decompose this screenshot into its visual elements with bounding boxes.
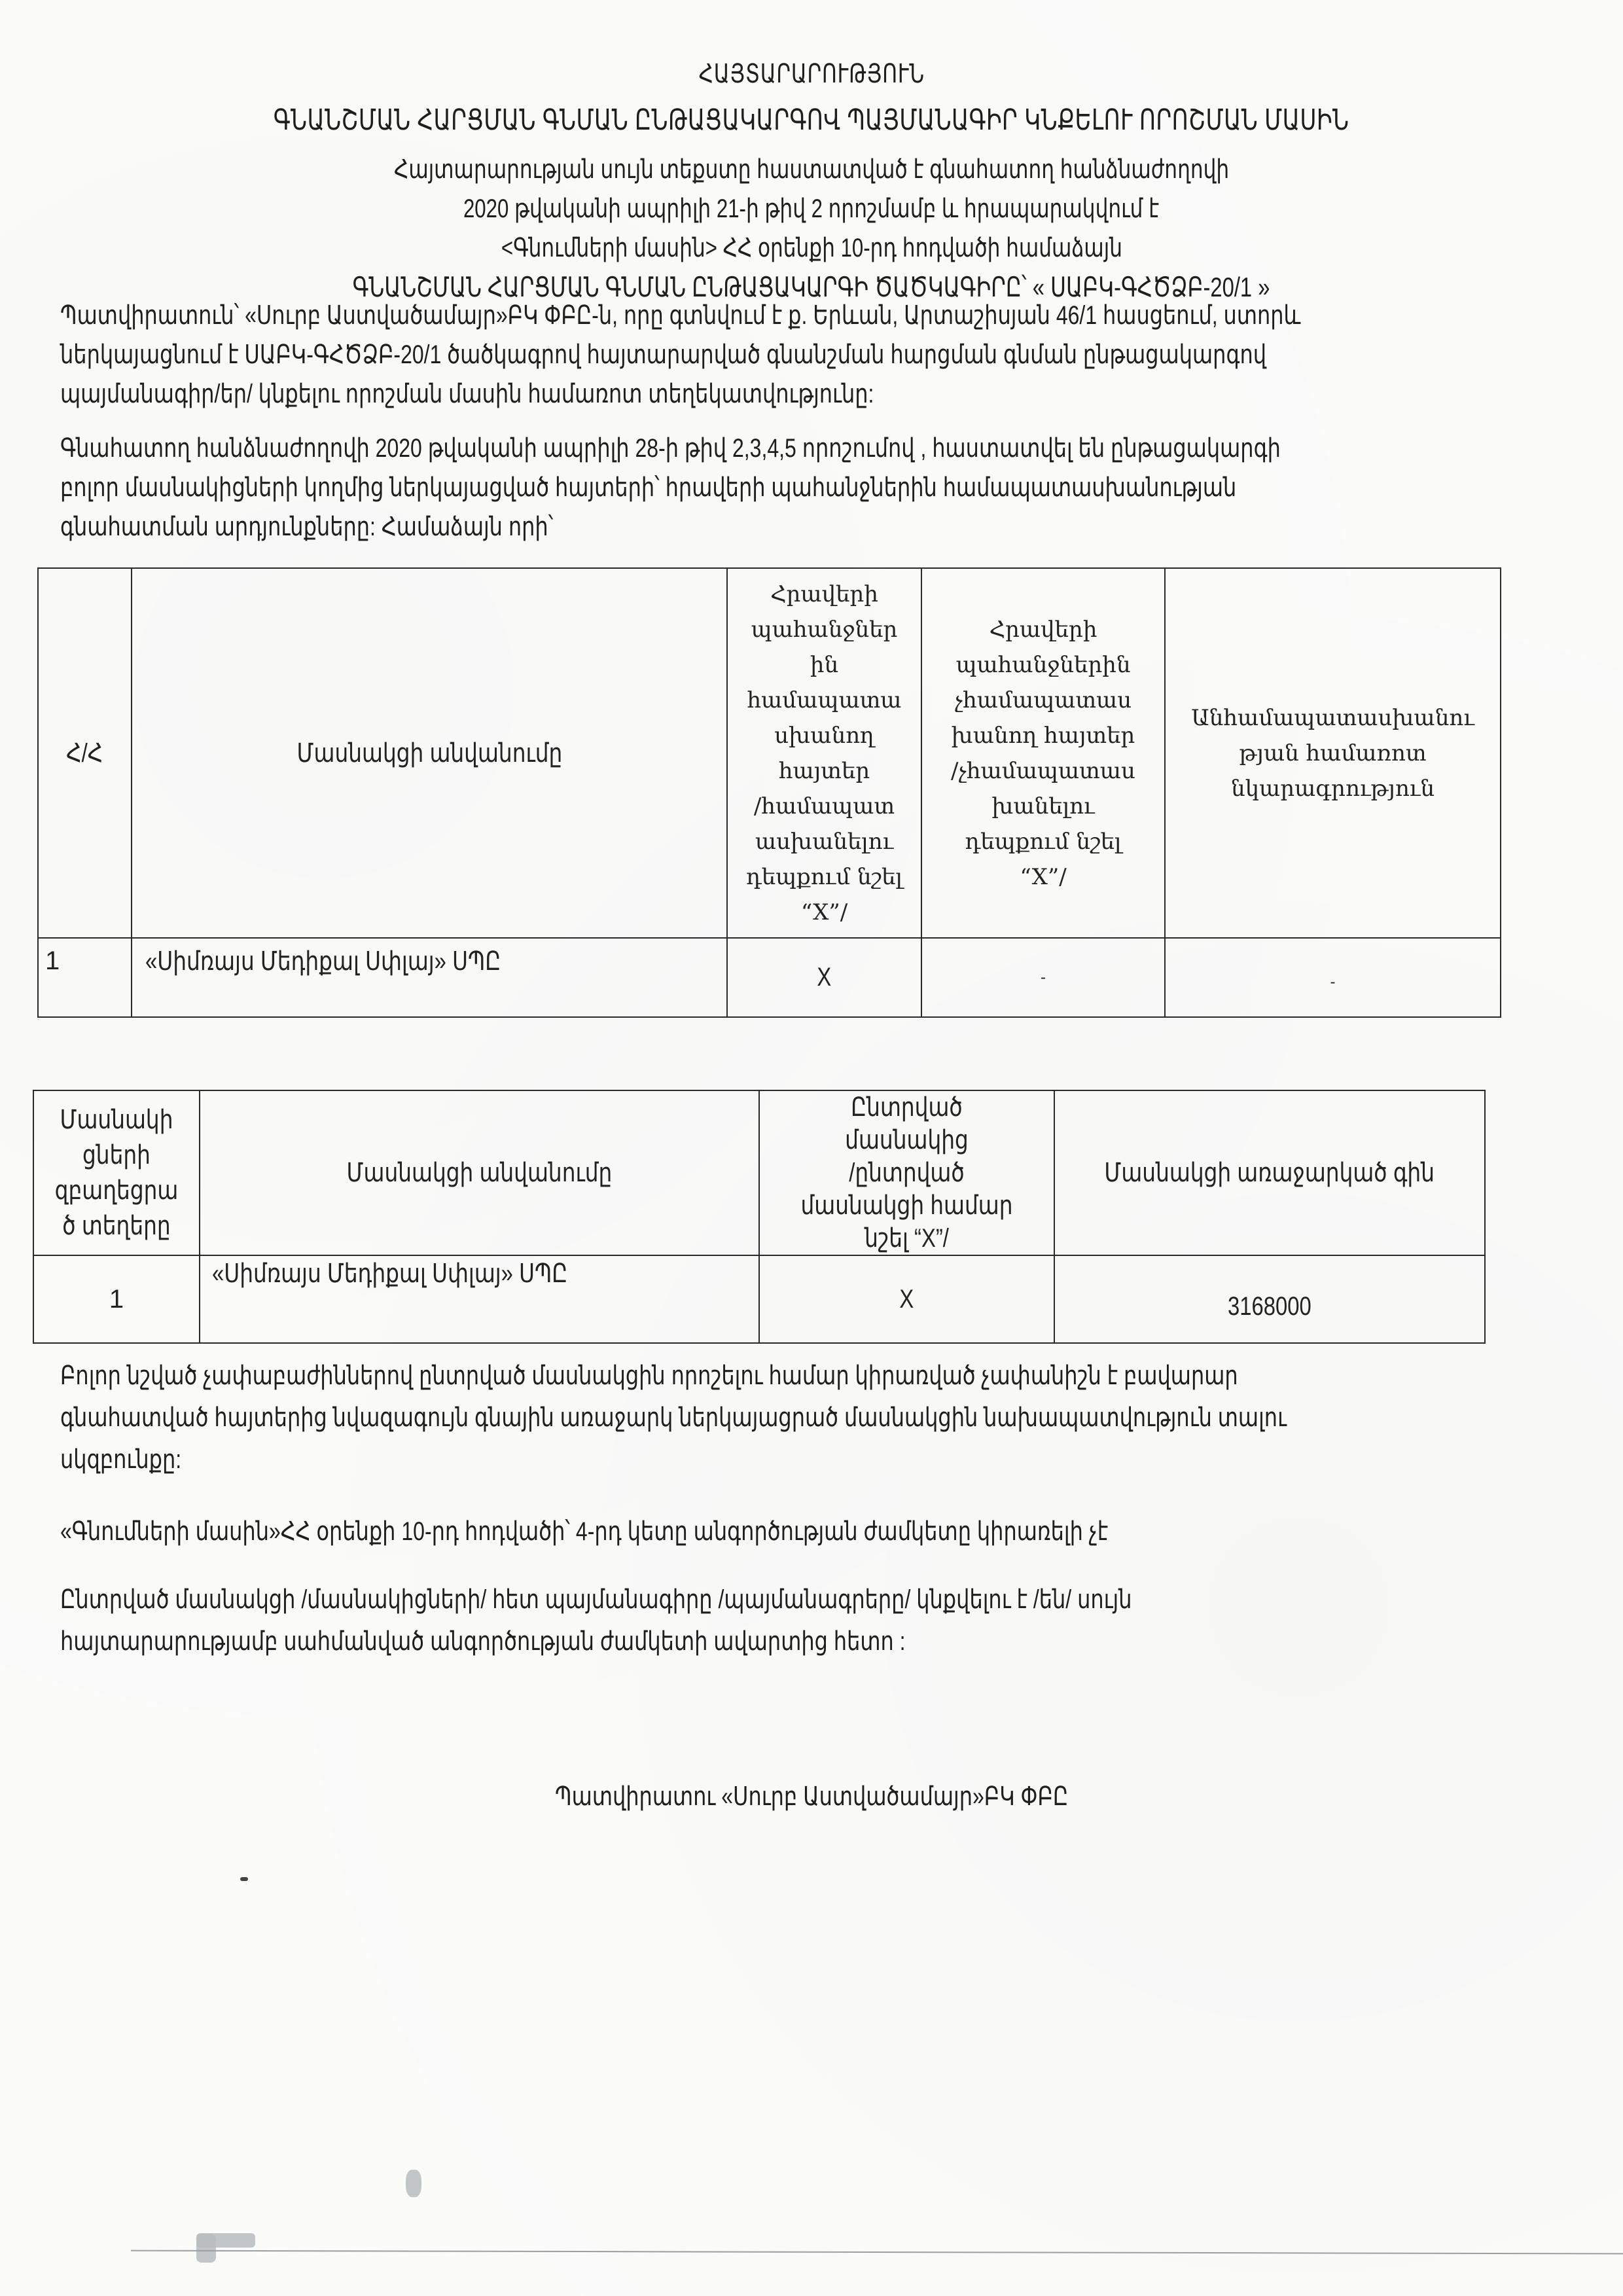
row-price: 3168000 — [1054, 1255, 1485, 1343]
intro-p1-line: ներկայացնում է ՍԱԲԿ-ԳՀԾՁԲ-20/1 ծածկագրով… — [60, 335, 1212, 374]
approval-line-2: 2020 թվականի ապրիլի 21-ի թիվ 2 որոշմամբ … — [0, 194, 1623, 224]
ranking-table: Մասնակիցներիզբաղեցրած տեղերը Մասնակցի ան… — [33, 1090, 1486, 1344]
intro-p2-line: բոլոր մասնակիցների կողմից ներկայացված հա… — [60, 468, 1212, 507]
row-participant-text: «Սիմռայս Մեդիքալ Սփլայ» ՍՊԸ — [212, 1259, 567, 1289]
header-line: ին — [728, 647, 921, 683]
header-line: “X”/ — [922, 859, 1164, 895]
document-subtitle-text: ԳՆԱՆՇՄԱՆ ՀԱՐՑՄԱՆ ԳՆՄԱՆ ԸՆԹԱՑԱԿԱՐԳՈՎ ՊԱՅՄ… — [274, 103, 1349, 137]
row-non-compliant-mark: - — [1041, 969, 1046, 986]
standstill-note-text: «Գնումների մասին»ՀՀ օրենքի 10-րդ հոդվածի… — [60, 1512, 1212, 1551]
header-line: նշել “X”/ — [786, 1222, 1027, 1255]
scan-smudge — [196, 2234, 216, 2263]
row-participant: «Սիմռայս Մեդիքալ Սփլայ» ՍՊԸ — [132, 938, 727, 1017]
row-participant-text: «Սիմռայս Մեդիքալ Սփլայ» ՍՊԸ — [145, 946, 501, 977]
header-line: Մասնակի — [49, 1102, 185, 1138]
header-line: դեպքում նշել — [922, 824, 1164, 859]
row-price-text: 3168000 — [1228, 1292, 1311, 1321]
document-title-text: ՀԱՅՏԱՐԱՐՈՒԹՅՈՒՆ — [698, 59, 924, 89]
header-line: պահանջներ — [728, 612, 921, 647]
signature-line: Պատվիրատու «Սուրբ Աստվածամայր»ԲԿ ՓԲԸ — [0, 1782, 1623, 1812]
header-line: Անհամապատասխանու — [1166, 700, 1500, 736]
row-non-compliant: - — [921, 938, 1165, 1017]
header-line: հայտեր — [728, 753, 921, 789]
header-compliant-lines: Հրավերիպահանջներինհամապատասխանողհայտեր/հ… — [728, 577, 921, 930]
header-line: մասնակցի համար — [786, 1189, 1027, 1222]
row-place-text: 1 — [109, 1285, 124, 1314]
criteria-line: գնահատված հայտերից նվազագույն գնային առա… — [60, 1397, 1212, 1439]
criteria-line: Բոլոր նշված չափաբաժիններով ընտրված մասնա… — [60, 1355, 1212, 1397]
approval-line-3: <Գնումների մասին> ՀՀ օրենքի 10-րդ հոդված… — [0, 233, 1623, 263]
intro-paragraph-2: Գնահատող հանձնաժողովի 2020 թվականի ապրիլ… — [60, 429, 1500, 547]
row-compliant: X — [727, 938, 921, 1017]
row-description-text: - — [1330, 973, 1336, 991]
header-participant-name: Մասնակցի անվանումը — [200, 1090, 759, 1255]
intro-p1-line: Պատվիրատուն՝ «Սուրբ Աստվածամայր»ԲԿ ՓԲԸ-ն… — [60, 296, 1212, 335]
standstill-note: «Գնումների մասին»ՀՀ օրենքի 10-րդ հոդվածի… — [60, 1512, 1500, 1551]
header-place: Մասնակիցներիզբաղեցրած տեղերը — [33, 1090, 200, 1255]
header-line: Հրավերի — [922, 612, 1164, 647]
approval-line-1-text: Հայտարարության սույն տեքստը հաստատված է … — [394, 154, 1229, 185]
row-description: - — [1165, 938, 1501, 1017]
compliance-table-header: Հ/Հ Մասնակցի անվանումը Հրավերիպահանջների… — [38, 568, 1501, 938]
header-line: /ընտրված — [786, 1157, 1027, 1189]
header-line: /համապատ — [728, 789, 921, 824]
scan-speck — [240, 1877, 248, 1881]
intro-p2-line: Գնահատող հանձնաժողովի 2020 թվականի ապրիլ… — [60, 429, 1212, 468]
header-participant-name: Մասնակցի անվանումը — [132, 568, 727, 938]
row-participant: «Սիմռայս Մեդիքալ Սփլայ» ՍՊԸ — [200, 1255, 759, 1343]
intro-p1-line: պայմանագիր/եր/ կնքելու որոշման մասին համ… — [60, 374, 1212, 414]
header-line: զբաղեցրա — [49, 1173, 185, 1208]
row-selected-mark: X — [900, 1285, 914, 1314]
header-line: պահանջներին — [922, 647, 1164, 683]
row-number: 1 — [38, 938, 132, 1017]
criteria-line: սկզբունքը: — [60, 1439, 1212, 1480]
header-line: խանելու — [922, 789, 1164, 824]
ranking-table-header: Մասնակիցներիզբաղեցրած տեղերը Մասնակցի ան… — [33, 1090, 1485, 1255]
header-selected: Ընտրված մասնակից/ընտրվածմասնակցի համարնշ… — [759, 1090, 1054, 1255]
contract-paragraph: Ընտրված մասնակցի /մասնակիցների/ հետ պայմ… — [60, 1579, 1500, 1662]
approval-line-1: Հայտարարության սույն տեքստը հաստատված է … — [0, 154, 1623, 185]
document-subtitle: ԳՆԱՆՇՄԱՆ ՀԱՐՑՄԱՆ ԳՆՄԱՆ ԸՆԹԱՑԱԿԱՐԳՈՎ ՊԱՅՄ… — [0, 103, 1623, 137]
header-line: խանող հայտեր — [922, 718, 1164, 753]
header-line: չհամապատաս — [922, 683, 1164, 718]
header-line: ցների — [49, 1138, 185, 1173]
approval-line-3-text: <Գնումների մասին> ՀՀ օրենքի 10-րդ հոդված… — [501, 233, 1122, 263]
header-price: Մասնակցի առաջարկած գին — [1054, 1090, 1485, 1255]
header-line: նկարագրություն — [1166, 771, 1500, 806]
row-number-text: 1 — [45, 946, 60, 975]
header-price-text: Մասնակցի առաջարկած գին — [1105, 1158, 1435, 1188]
signature-text: Պատվիրատու «Սուրբ Աստվածամայր»ԲԿ ՓԲԸ — [555, 1782, 1068, 1812]
header-line: համապատա — [728, 683, 921, 718]
header-selected-lines: Ընտրված մասնակից/ընտրվածմասնակցի համարնշ… — [760, 1091, 1054, 1255]
scan-smudge — [406, 2170, 421, 2197]
header-line: թյան համառոտ — [1166, 736, 1500, 771]
header-line: “X”/ — [728, 895, 921, 930]
row-compliant-mark: X — [817, 963, 832, 992]
header-line: Հրավերի — [728, 577, 921, 612]
intro-paragraph-1: Պատվիրատուն՝ «Սուրբ Աստվածամայր»ԲԿ ՓԲԸ-ն… — [60, 296, 1500, 414]
header-compliant: Հրավերիպահանջներինհամապատասխանողհայտեր/հ… — [727, 568, 921, 938]
header-line: սխանող — [728, 718, 921, 753]
header-number-text: Հ/Հ — [66, 738, 103, 768]
header-line: ծ տեղերը — [49, 1208, 185, 1244]
header-line: ասխանելու — [728, 824, 921, 859]
row-selected: X — [759, 1255, 1054, 1343]
header-participant-name-text: Մասնակցի անվանումը — [296, 738, 562, 768]
contract-line: Ընտրված մասնակցի /մասնակիցների/ հետ պայմ… — [60, 1579, 1212, 1621]
compliance-table: Հ/Հ Մասնակցի անվանումը Հրավերիպահանջների… — [37, 567, 1501, 1018]
header-place-lines: Մասնակիցներիզբաղեցրած տեղերը — [34, 1102, 199, 1244]
document-title: ՀԱՅՏԱՐԱՐՈՒԹՅՈՒՆ — [0, 59, 1623, 89]
header-line: /չհամապատաս — [922, 753, 1164, 789]
header-description-lines: Անհամապատասխանության համառոտնկարագրությո… — [1166, 700, 1500, 806]
scan-edge-line — [131, 2250, 1623, 2255]
header-description: Անհամապատասխանության համառոտնկարագրությո… — [1165, 568, 1501, 938]
contract-line: հայտարարությամբ սահմանված անգործության ժ… — [60, 1621, 1212, 1662]
row-place: 1 — [33, 1255, 200, 1343]
header-line: Ընտրված մասնակից — [786, 1091, 1027, 1157]
header-non-compliant-lines: Հրավերիպահանջներինչհամապատասխանող հայտեր… — [922, 612, 1164, 895]
approval-line-2-text: 2020 թվականի ապրիլի 21-ի թիվ 2 որոշմամբ … — [463, 194, 1159, 224]
intro-p2-line: գնահատման արդյունքները: Համաձայն որի՝ — [60, 507, 1212, 547]
criteria-paragraph: Բոլոր նշված չափաբաժիններով ընտրված մասնա… — [60, 1355, 1500, 1480]
header-line: դեպքում նշել — [728, 859, 921, 895]
table-row: 1 «Սիմռայս Մեդիքալ Սփլայ» ՍՊԸ X 3168000 — [33, 1255, 1485, 1343]
header-non-compliant: Հրավերիպահանջներինչհամապատասխանող հայտեր… — [921, 568, 1165, 938]
header-participant-name-text: Մասնակցի անվանումը — [347, 1158, 613, 1188]
header-number: Հ/Հ — [38, 568, 132, 938]
table-row: 1 «Սիմռայս Մեդիքալ Սփլայ» ՍՊԸ X - - — [38, 938, 1501, 1017]
